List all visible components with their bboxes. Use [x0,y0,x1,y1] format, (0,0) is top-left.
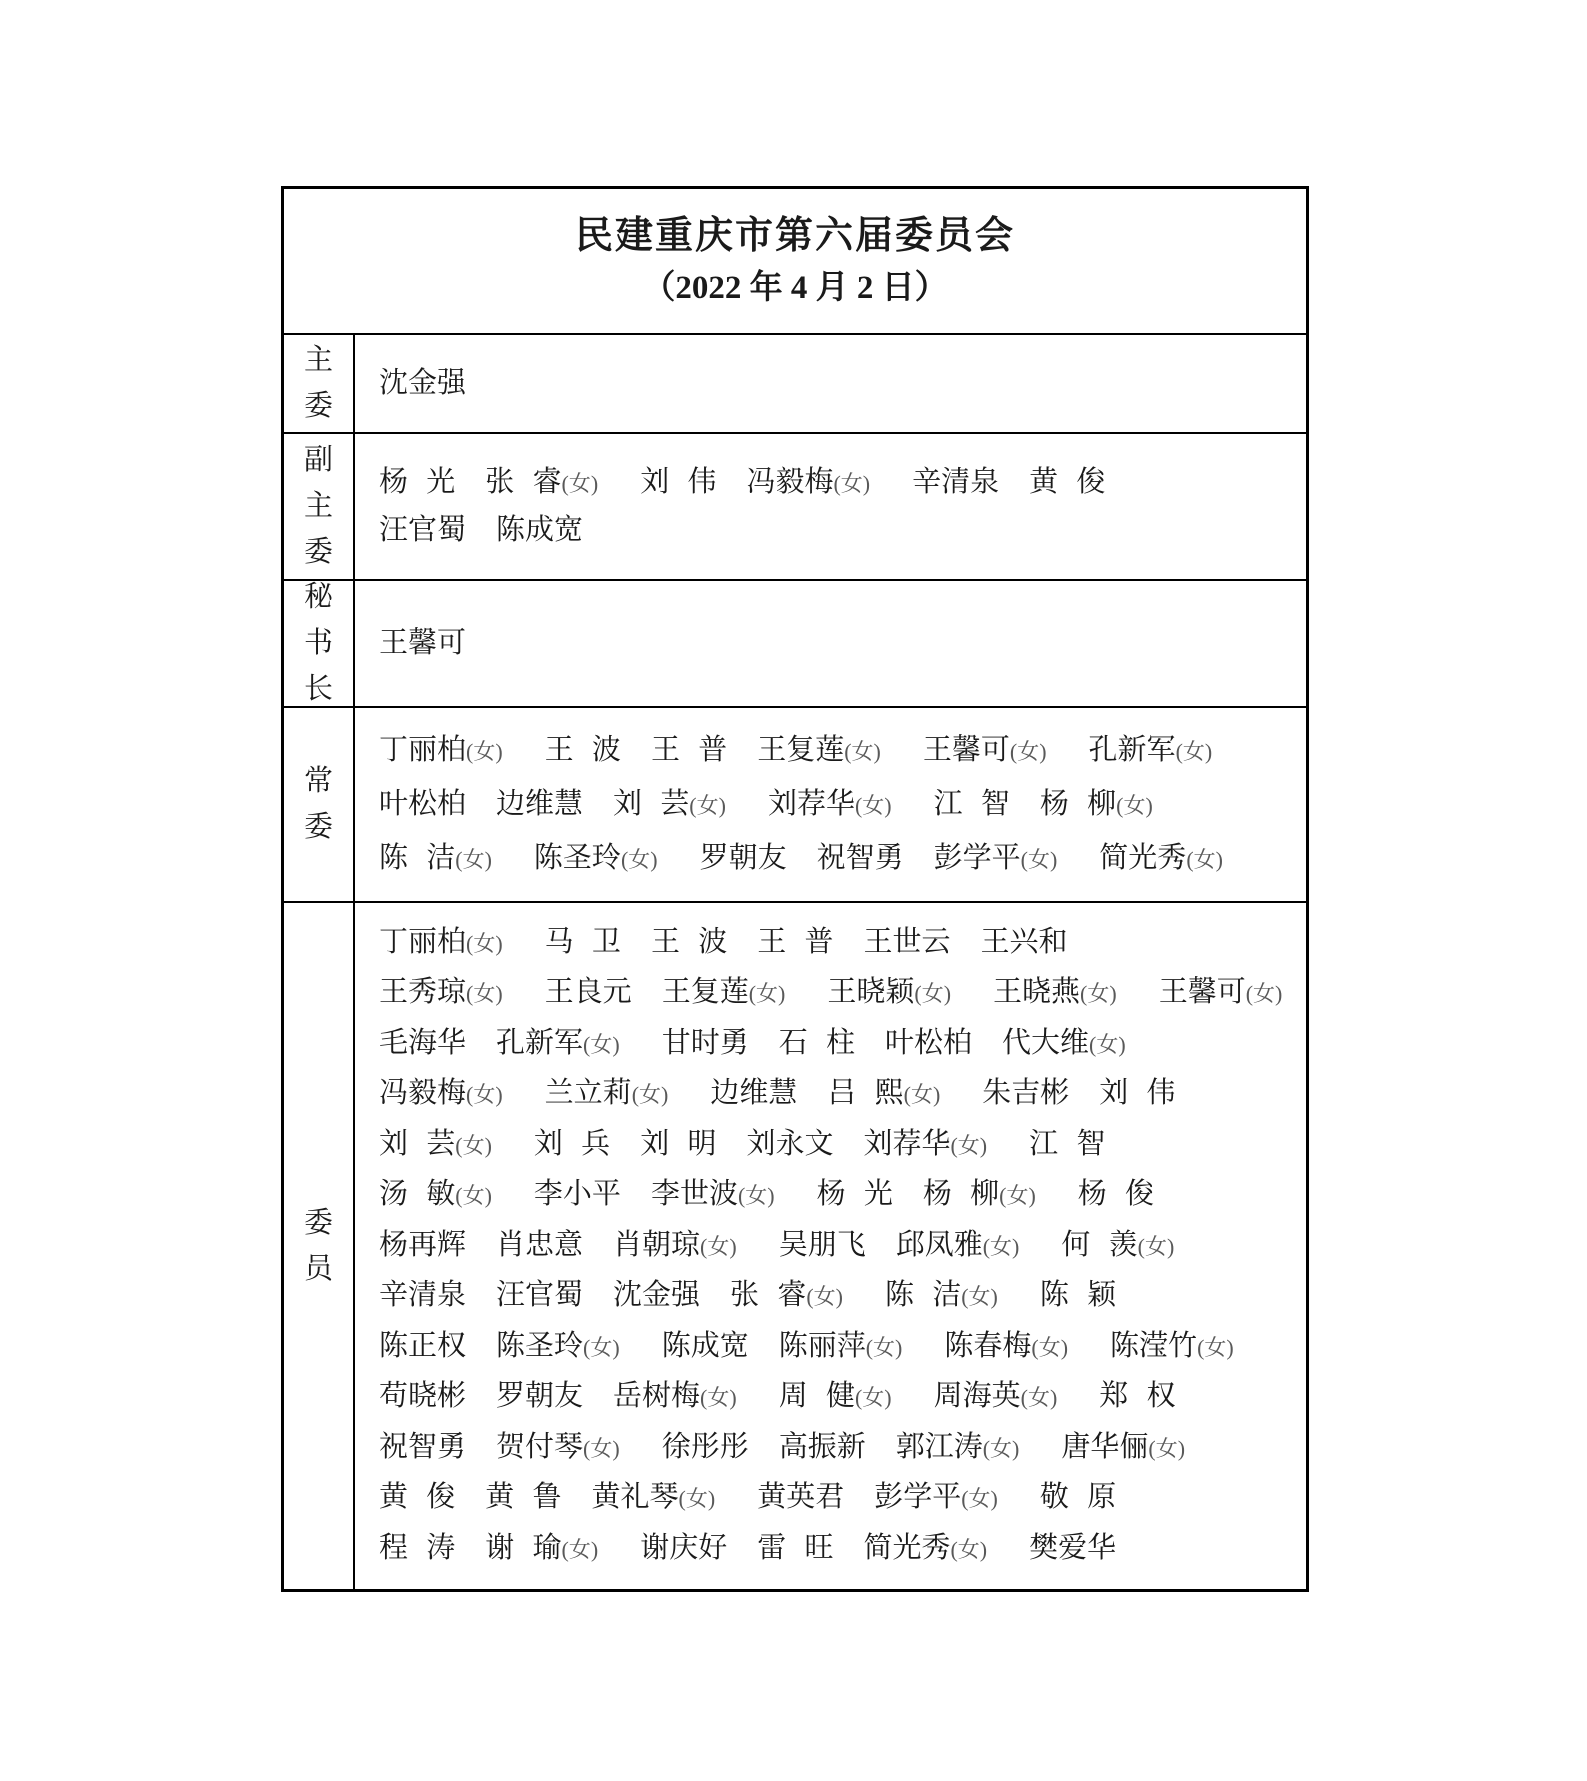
committee-table: 民建重庆市第六届委员会 （2022 年 4 月 2 日） 主委沈金强副主委杨 光… [281,186,1309,1592]
female-mark: (女) [738,1183,775,1208]
member-name-text: 谢 瑜 [485,1532,561,1564]
female-mark: (女) [562,1537,599,1562]
female-mark: (女) [983,1436,1020,1461]
member-name: 李世波(女) [651,1170,775,1221]
member-name: 陈圣玲(女) [534,832,658,886]
member-name: 邱凤雅(女) [896,1221,1020,1272]
member-name: 黄 俊 [379,1473,455,1522]
member-name: 王秀琼(女) [379,968,503,1019]
female-mark: (女) [466,931,503,956]
member-name: 徐彤彤 [662,1423,749,1472]
name-line: 王馨可 [379,626,1296,661]
female-mark: (女) [466,981,503,1006]
female-mark: (女) [466,739,503,764]
row-content-members: 丁丽柏(女)马 卫王 波王 普王世云王兴和王秀琼(女)王良元王复莲(女)王晓颖(… [355,903,1306,1589]
member-name: 陈 洁(女) [885,1271,998,1322]
female-mark: (女) [904,1082,941,1107]
member-name-text: 简光秀 [863,1532,950,1564]
row-content-vice-chairmen: 杨 光张 睿(女)刘 伟冯毅梅(女)辛清泉黄 俊汪官蜀陈成宽 [355,434,1306,579]
row-members: 委员丁丽柏(女)马 卫王 波王 普王世云王兴和王秀琼(女)王良元王复莲(女)王晓… [284,901,1306,1589]
row-content-secretary-general: 王馨可 [355,581,1306,706]
name-line: 苟晓彬罗朝友岳树梅(女)周 健(女)周海英(女)郑 权 [379,1372,1296,1423]
member-name-text: 王世云 [863,926,950,958]
member-name: 王馨可(女) [923,724,1047,778]
member-name: 岳树梅(女) [613,1372,737,1423]
female-mark: (女) [562,471,599,496]
member-name-text: 祝智勇 [379,1431,466,1463]
female-mark: (女) [749,981,786,1006]
member-name: 杨 柳(女) [1040,778,1153,832]
member-name-text: 陈 洁 [379,842,455,874]
member-name: 毛海华 [379,1019,466,1068]
member-name-text: 王良元 [545,976,632,1008]
member-name-text: 黄 俊 [1029,466,1105,498]
member-name: 辛清泉 [379,1271,466,1320]
member-name-text: 敬 原 [1040,1481,1116,1513]
member-name: 何 羡(女) [1061,1221,1174,1272]
member-name-text: 陈 洁 [885,1279,961,1311]
member-name-text: 冯毅梅 [379,1077,466,1109]
member-name-text: 王 普 [757,926,833,958]
member-name-text: 郑 权 [1099,1380,1175,1412]
member-name-text: 陈成宽 [496,514,583,546]
member-name: 王良元 [545,968,632,1017]
member-name: 丁丽柏(女) [379,724,503,778]
member-name: 刘 伟 [640,459,716,506]
member-name-text: 黄英君 [757,1481,844,1513]
member-name: 罗朝友 [496,1372,583,1421]
member-name-text: 王馨可 [923,734,1010,766]
member-name-text: 陈正权 [379,1330,466,1362]
member-name: 王馨可 [379,626,466,661]
name-line: 陈 洁(女)陈圣玲(女)罗朝友祝智勇彭学平(女)简光秀(女) [379,832,1296,886]
member-name-text: 周 健 [779,1380,855,1412]
member-name-text: 李小平 [534,1178,621,1210]
name-line: 王秀琼(女)王良元王复莲(女)王晓颖(女)王晓燕(女)王馨可(女) [379,968,1296,1019]
member-name-text: 杨 光 [379,466,455,498]
member-name-text: 孔新军 [496,1027,583,1059]
member-name: 王 普 [651,724,727,776]
member-name-text: 陈圣玲 [534,842,621,874]
member-name-text: 王复莲 [662,976,749,1008]
name-line: 毛海华孔新军(女)甘时勇石 柱叶松柏代大维(女) [379,1019,1296,1070]
member-name-text: 朱吉彬 [982,1077,1069,1109]
member-name: 王 普 [757,918,833,967]
member-name-text: 马 卫 [545,926,621,958]
member-name: 敬 原 [1040,1473,1116,1522]
female-mark: (女) [1186,847,1223,872]
member-name: 刘 芸(女) [613,778,726,832]
table-title-row: 民建重庆市第六届委员会 （2022 年 4 月 2 日） [284,189,1306,333]
member-name-text: 樊爱华 [1029,1532,1116,1564]
female-mark: (女) [455,1133,492,1158]
row-chairman: 主委沈金强 [284,333,1306,432]
member-name: 张 睿(女) [485,459,598,507]
member-name-text: 何 羡 [1061,1229,1137,1261]
member-name-text: 杨 俊 [1078,1178,1154,1210]
member-name: 叶松柏 [885,1019,972,1068]
member-name: 黄礼琴(女) [592,1473,716,1524]
member-name-text: 王馨可 [1159,976,1246,1008]
member-name: 王复莲(女) [757,724,881,778]
member-name-text: 江 智 [934,788,1010,820]
member-name-text: 唐华俪 [1061,1431,1148,1463]
member-name-text: 沈金强 [613,1279,700,1311]
female-mark: (女) [700,1234,737,1259]
member-name: 刘 伟 [1099,1069,1175,1118]
member-name-text: 辛清泉 [912,466,999,498]
member-name-text: 祝智勇 [817,842,904,874]
member-name: 唐华俪(女) [1061,1423,1185,1474]
female-mark: (女) [1010,739,1047,764]
member-name-text: 王复莲 [757,734,844,766]
name-line: 祝智勇贺付琴(女)徐彤彤高振新郭江涛(女)唐华俪(女) [379,1423,1296,1474]
row-label-vice-chairmen: 副主委 [284,434,355,579]
name-line: 辛清泉汪官蜀沈金强张 睿(女)陈 洁(女)陈 颖 [379,1271,1296,1322]
female-mark: (女) [1148,1436,1185,1461]
female-mark: (女) [583,1436,620,1461]
member-name: 边维慧 [710,1069,797,1118]
member-name: 简光秀(女) [863,1524,987,1575]
member-name: 刘荐华(女) [768,778,892,832]
member-name-text: 江 智 [1029,1128,1105,1160]
page-subtitle: （2022 年 4 月 2 日） [642,270,947,306]
female-mark: (女) [700,1385,737,1410]
female-mark: (女) [983,1234,1020,1259]
member-name-text: 边维慧 [710,1077,797,1109]
name-line: 汤 敏(女)李小平李世波(女)杨 光杨 柳(女)杨 俊 [379,1170,1296,1221]
member-name-text: 吕 熙 [827,1077,903,1109]
member-name: 刘 明 [640,1120,716,1169]
female-mark: (女) [1197,1335,1234,1360]
member-name: 王世云 [863,918,950,967]
member-name-text: 苟晓彬 [379,1380,466,1412]
member-name: 王 波 [651,918,727,967]
member-name-text: 王秀琼 [379,976,466,1008]
member-name-text: 冯毅梅 [746,466,833,498]
member-name-text: 边维慧 [496,788,583,820]
name-line: 黄 俊黄 鲁黄礼琴(女)黄英君彭学平(女)敬 原 [379,1473,1296,1524]
name-line: 杨再辉肖忠意肖朝琼(女)吴朋飞邱凤雅(女)何 羡(女) [379,1221,1296,1272]
member-name: 汪官蜀 [496,1271,583,1320]
female-mark: (女) [632,1082,669,1107]
member-name: 王晓燕(女) [993,968,1117,1019]
female-mark: (女) [1080,981,1117,1006]
member-name: 朱吉彬 [982,1069,1069,1118]
female-mark: (女) [961,1486,998,1511]
row-secretary-general: 秘书长王馨可 [284,579,1306,706]
member-name: 马 卫 [545,918,621,967]
member-name: 沈金强 [379,366,466,401]
member-name-text: 王 普 [651,734,727,766]
female-mark: (女) [950,1537,987,1562]
member-name: 祝智勇 [817,832,904,884]
member-name: 冯毅梅(女) [379,1069,503,1120]
row-label-secretary-general: 秘书长 [284,581,355,706]
row-label-char: 书 [304,629,333,658]
row-label-char: 秘 [304,583,333,612]
member-name: 陈 洁(女) [379,832,492,886]
row-content-standing-committee: 丁丽柏(女)王 波王 普王复莲(女)王馨可(女)孔新军(女)叶松柏边维慧刘 芸(… [355,708,1306,901]
member-name-text: 程 涛 [379,1532,455,1564]
member-name: 陈春梅(女) [944,1322,1068,1373]
member-name-text: 杨 柳 [1040,788,1116,820]
member-name-text: 吴朋飞 [779,1229,866,1261]
member-name-text: 杨再辉 [379,1229,466,1261]
member-name: 甘时勇 [662,1019,749,1068]
row-label-char: 委 [304,813,333,842]
member-name-text: 谢庆好 [640,1532,727,1564]
female-mark: (女) [855,793,892,818]
female-mark: (女) [806,1284,843,1309]
member-name-text: 张 睿 [730,1279,806,1311]
member-name: 王晓颖(女) [827,968,951,1019]
female-mark: (女) [1089,1032,1126,1057]
row-label-char: 委 [304,1209,333,1238]
member-name-text: 汪官蜀 [379,514,466,546]
female-mark: (女) [689,793,726,818]
female-mark: (女) [455,847,492,872]
member-name-text: 郭江涛 [896,1431,983,1463]
female-mark: (女) [1021,847,1058,872]
member-name: 代大维(女) [1002,1019,1126,1070]
female-mark: (女) [1246,981,1283,1006]
member-name: 郑 权 [1099,1372,1175,1421]
member-name-text: 王兴和 [980,926,1067,958]
member-name: 周海英(女) [934,1372,1058,1423]
member-name-text: 刘 芸 [613,788,689,820]
member-name: 江 智 [1029,1120,1105,1169]
member-name: 陈 颖 [1040,1271,1116,1320]
female-mark: (女) [961,1284,998,1309]
member-name-text: 汪官蜀 [496,1279,583,1311]
member-name-text: 王 波 [651,926,727,958]
member-name-text: 贺付琴 [496,1431,583,1463]
female-mark: (女) [466,1082,503,1107]
member-name-text: 刘永文 [746,1128,833,1160]
name-line: 汪官蜀陈成宽 [379,507,1296,554]
member-name: 王兴和 [980,918,1067,967]
member-name-text: 肖朝琼 [613,1229,700,1261]
member-name: 吕 熙(女) [827,1069,940,1120]
member-name-text: 叶松柏 [379,788,466,820]
member-name-text: 刘 伟 [1099,1077,1175,1109]
page: 民建重庆市第六届委员会 （2022 年 4 月 2 日） 主委沈金强副主委杨 光… [0,0,1587,1781]
row-label-char: 委 [304,538,333,567]
member-name-text: 黄 鲁 [485,1481,561,1513]
member-name-text: 肖忠意 [496,1229,583,1261]
member-name-text: 岳树梅 [613,1380,700,1412]
name-line: 丁丽柏(女)王 波王 普王复莲(女)王馨可(女)孔新军(女) [379,724,1296,778]
member-name: 叶松柏 [379,778,466,830]
member-name: 陈圣玲(女) [496,1322,620,1373]
member-name-text: 陈春梅 [944,1330,1031,1362]
member-name: 刘荐华(女) [863,1120,987,1171]
member-name: 雷 旺 [757,1524,833,1573]
member-name-text: 杨 柳 [923,1178,999,1210]
member-name: 边维慧 [496,778,583,830]
female-mark: (女) [1021,1385,1058,1410]
member-name-text: 刘 芸 [379,1128,455,1160]
member-name-text: 叶松柏 [885,1027,972,1059]
female-mark: (女) [844,739,881,764]
member-name-text: 毛海华 [379,1027,466,1059]
member-name: 肖忠意 [496,1221,583,1270]
member-name-text: 邱凤雅 [896,1229,983,1261]
member-name: 刘 兵 [534,1120,610,1169]
member-name: 沈金强 [613,1271,700,1320]
page-title: 民建重庆市第六届委员会 [575,216,1015,258]
member-name: 祝智勇 [379,1423,466,1472]
member-name: 苟晓彬 [379,1372,466,1421]
name-line: 刘 芸(女)刘 兵刘 明刘永文刘荐华(女)江 智 [379,1120,1296,1171]
member-name-text: 王 波 [545,734,621,766]
member-name-text: 孔新军 [1089,734,1176,766]
member-name: 汪官蜀 [379,507,466,554]
member-name: 辛清泉 [912,459,999,506]
member-name-text: 沈金强 [379,367,466,399]
member-name: 陈正权 [379,1322,466,1371]
row-label-char: 副 [304,446,333,475]
female-mark: (女) [855,1385,892,1410]
member-name-text: 罗朝友 [496,1380,583,1412]
member-name: 孔新军(女) [496,1019,620,1070]
row-label-char: 主 [304,346,333,375]
name-line: 叶松柏边维慧刘 芸(女)刘荐华(女)江 智杨 柳(女) [379,778,1296,832]
member-name: 陈成宽 [496,507,583,554]
member-name: 陈丽萍(女) [779,1322,903,1373]
female-mark: (女) [1116,793,1153,818]
member-name: 谢 瑜(女) [485,1524,598,1575]
member-name-text: 刘 明 [640,1128,716,1160]
member-name: 黄 鲁 [485,1473,561,1522]
member-name: 杨 俊 [1078,1170,1154,1219]
member-name-text: 雷 旺 [757,1532,833,1564]
member-name: 冯毅梅(女) [746,459,870,507]
member-name: 汤 敏(女) [379,1170,492,1221]
member-name: 肖朝琼(女) [613,1221,737,1272]
member-name-text: 张 睿 [485,466,561,498]
member-name: 陈滢竹(女) [1110,1322,1234,1373]
member-name: 杨 柳(女) [923,1170,1036,1221]
member-name-text: 李世波 [651,1178,738,1210]
member-name: 彭学平(女) [934,832,1058,886]
female-mark: (女) [1138,1234,1175,1259]
female-mark: (女) [833,471,870,496]
female-mark: (女) [1176,739,1213,764]
member-name: 彭学平(女) [874,1473,998,1524]
row-content-chairman: 沈金强 [355,335,1306,432]
row-standing-committee: 常委丁丽柏(女)王 波王 普王复莲(女)王馨可(女)孔新军(女)叶松柏边维慧刘 … [284,706,1306,901]
member-name-text: 简光秀 [1099,842,1186,874]
member-name-text: 辛清泉 [379,1279,466,1311]
member-name-text: 刘 兵 [534,1128,610,1160]
member-name: 丁丽柏(女) [379,918,503,969]
row-label-char: 员 [304,1255,333,1284]
member-name-text: 杨 光 [817,1178,893,1210]
member-name: 高振新 [779,1423,866,1472]
member-name: 王馨可(女) [1159,968,1283,1019]
member-name: 石 柱 [779,1019,855,1068]
member-name-text: 高振新 [779,1431,866,1463]
member-name-text: 丁丽柏 [379,926,466,958]
member-name-text: 陈 颖 [1040,1279,1116,1311]
member-name-text: 汤 敏 [379,1178,455,1210]
member-name-text: 陈成宽 [662,1330,749,1362]
member-name-text: 甘时勇 [662,1027,749,1059]
member-name: 刘 芸(女) [379,1120,492,1171]
member-name: 杨 光 [379,459,455,506]
member-name: 王复莲(女) [662,968,786,1019]
name-line: 冯毅梅(女)兰立莉(女)边维慧吕 熙(女)朱吉彬刘 伟 [379,1069,1296,1120]
member-name-text: 陈丽萍 [779,1330,866,1362]
member-name-text: 代大维 [1002,1027,1089,1059]
row-label-char: 委 [304,392,333,421]
member-name: 黄 俊 [1029,459,1105,506]
row-label-char: 长 [304,675,333,704]
member-name-text: 徐彤彤 [662,1431,749,1463]
name-line: 程 涛谢 瑜(女)谢庆好雷 旺简光秀(女)樊爱华 [379,1524,1296,1575]
member-name-text: 黄 俊 [379,1481,455,1513]
member-name: 吴朋飞 [779,1221,866,1270]
member-name: 贺付琴(女) [496,1423,620,1474]
member-name-text: 陈滢竹 [1110,1330,1197,1362]
member-name-text: 丁丽柏 [379,734,466,766]
female-mark: (女) [950,1133,987,1158]
member-name-text: 王晓燕 [993,976,1080,1008]
member-name: 罗朝友 [700,832,787,884]
member-name-text: 罗朝友 [700,842,787,874]
member-name: 陈成宽 [662,1322,749,1371]
female-mark: (女) [1031,1335,1068,1360]
female-mark: (女) [583,1335,620,1360]
member-name-text: 兰立莉 [545,1077,632,1109]
member-name-text: 王晓颖 [827,976,914,1008]
member-name: 江 智 [934,778,1010,830]
member-name: 王 波 [545,724,621,776]
member-name: 兰立莉(女) [545,1069,669,1120]
member-name-text: 王馨可 [379,627,466,659]
member-name: 简光秀(女) [1099,832,1223,886]
member-name: 孔新军(女) [1089,724,1213,778]
female-mark: (女) [455,1183,492,1208]
member-name: 郭江涛(女) [896,1423,1020,1474]
member-name: 张 睿(女) [730,1271,843,1322]
member-name: 周 健(女) [779,1372,892,1423]
member-name-text: 刘荐华 [863,1128,950,1160]
row-label-char: 常 [304,767,333,796]
member-name-text: 周海英 [934,1380,1021,1412]
member-name: 杨再辉 [379,1221,466,1270]
member-name-text: 刘荐华 [768,788,855,820]
member-name: 李小平 [534,1170,621,1219]
member-name: 程 涛 [379,1524,455,1573]
member-name: 黄英君 [757,1473,844,1522]
female-mark: (女) [679,1486,716,1511]
name-line: 杨 光张 睿(女)刘 伟冯毅梅(女)辛清泉黄 俊 [379,459,1296,507]
female-mark: (女) [621,847,658,872]
member-name: 谢庆好 [640,1524,727,1573]
name-line: 陈正权陈圣玲(女)陈成宽陈丽萍(女)陈春梅(女)陈滢竹(女) [379,1322,1296,1373]
member-name: 杨 光 [817,1170,893,1219]
female-mark: (女) [914,981,951,1006]
female-mark: (女) [866,1335,903,1360]
member-name: 刘永文 [746,1120,833,1169]
row-label-members: 委员 [284,903,355,1589]
row-label-standing-committee: 常委 [284,708,355,901]
row-label-chairman: 主委 [284,335,355,432]
row-vice-chairmen: 副主委杨 光张 睿(女)刘 伟冯毅梅(女)辛清泉黄 俊汪官蜀陈成宽 [284,432,1306,579]
